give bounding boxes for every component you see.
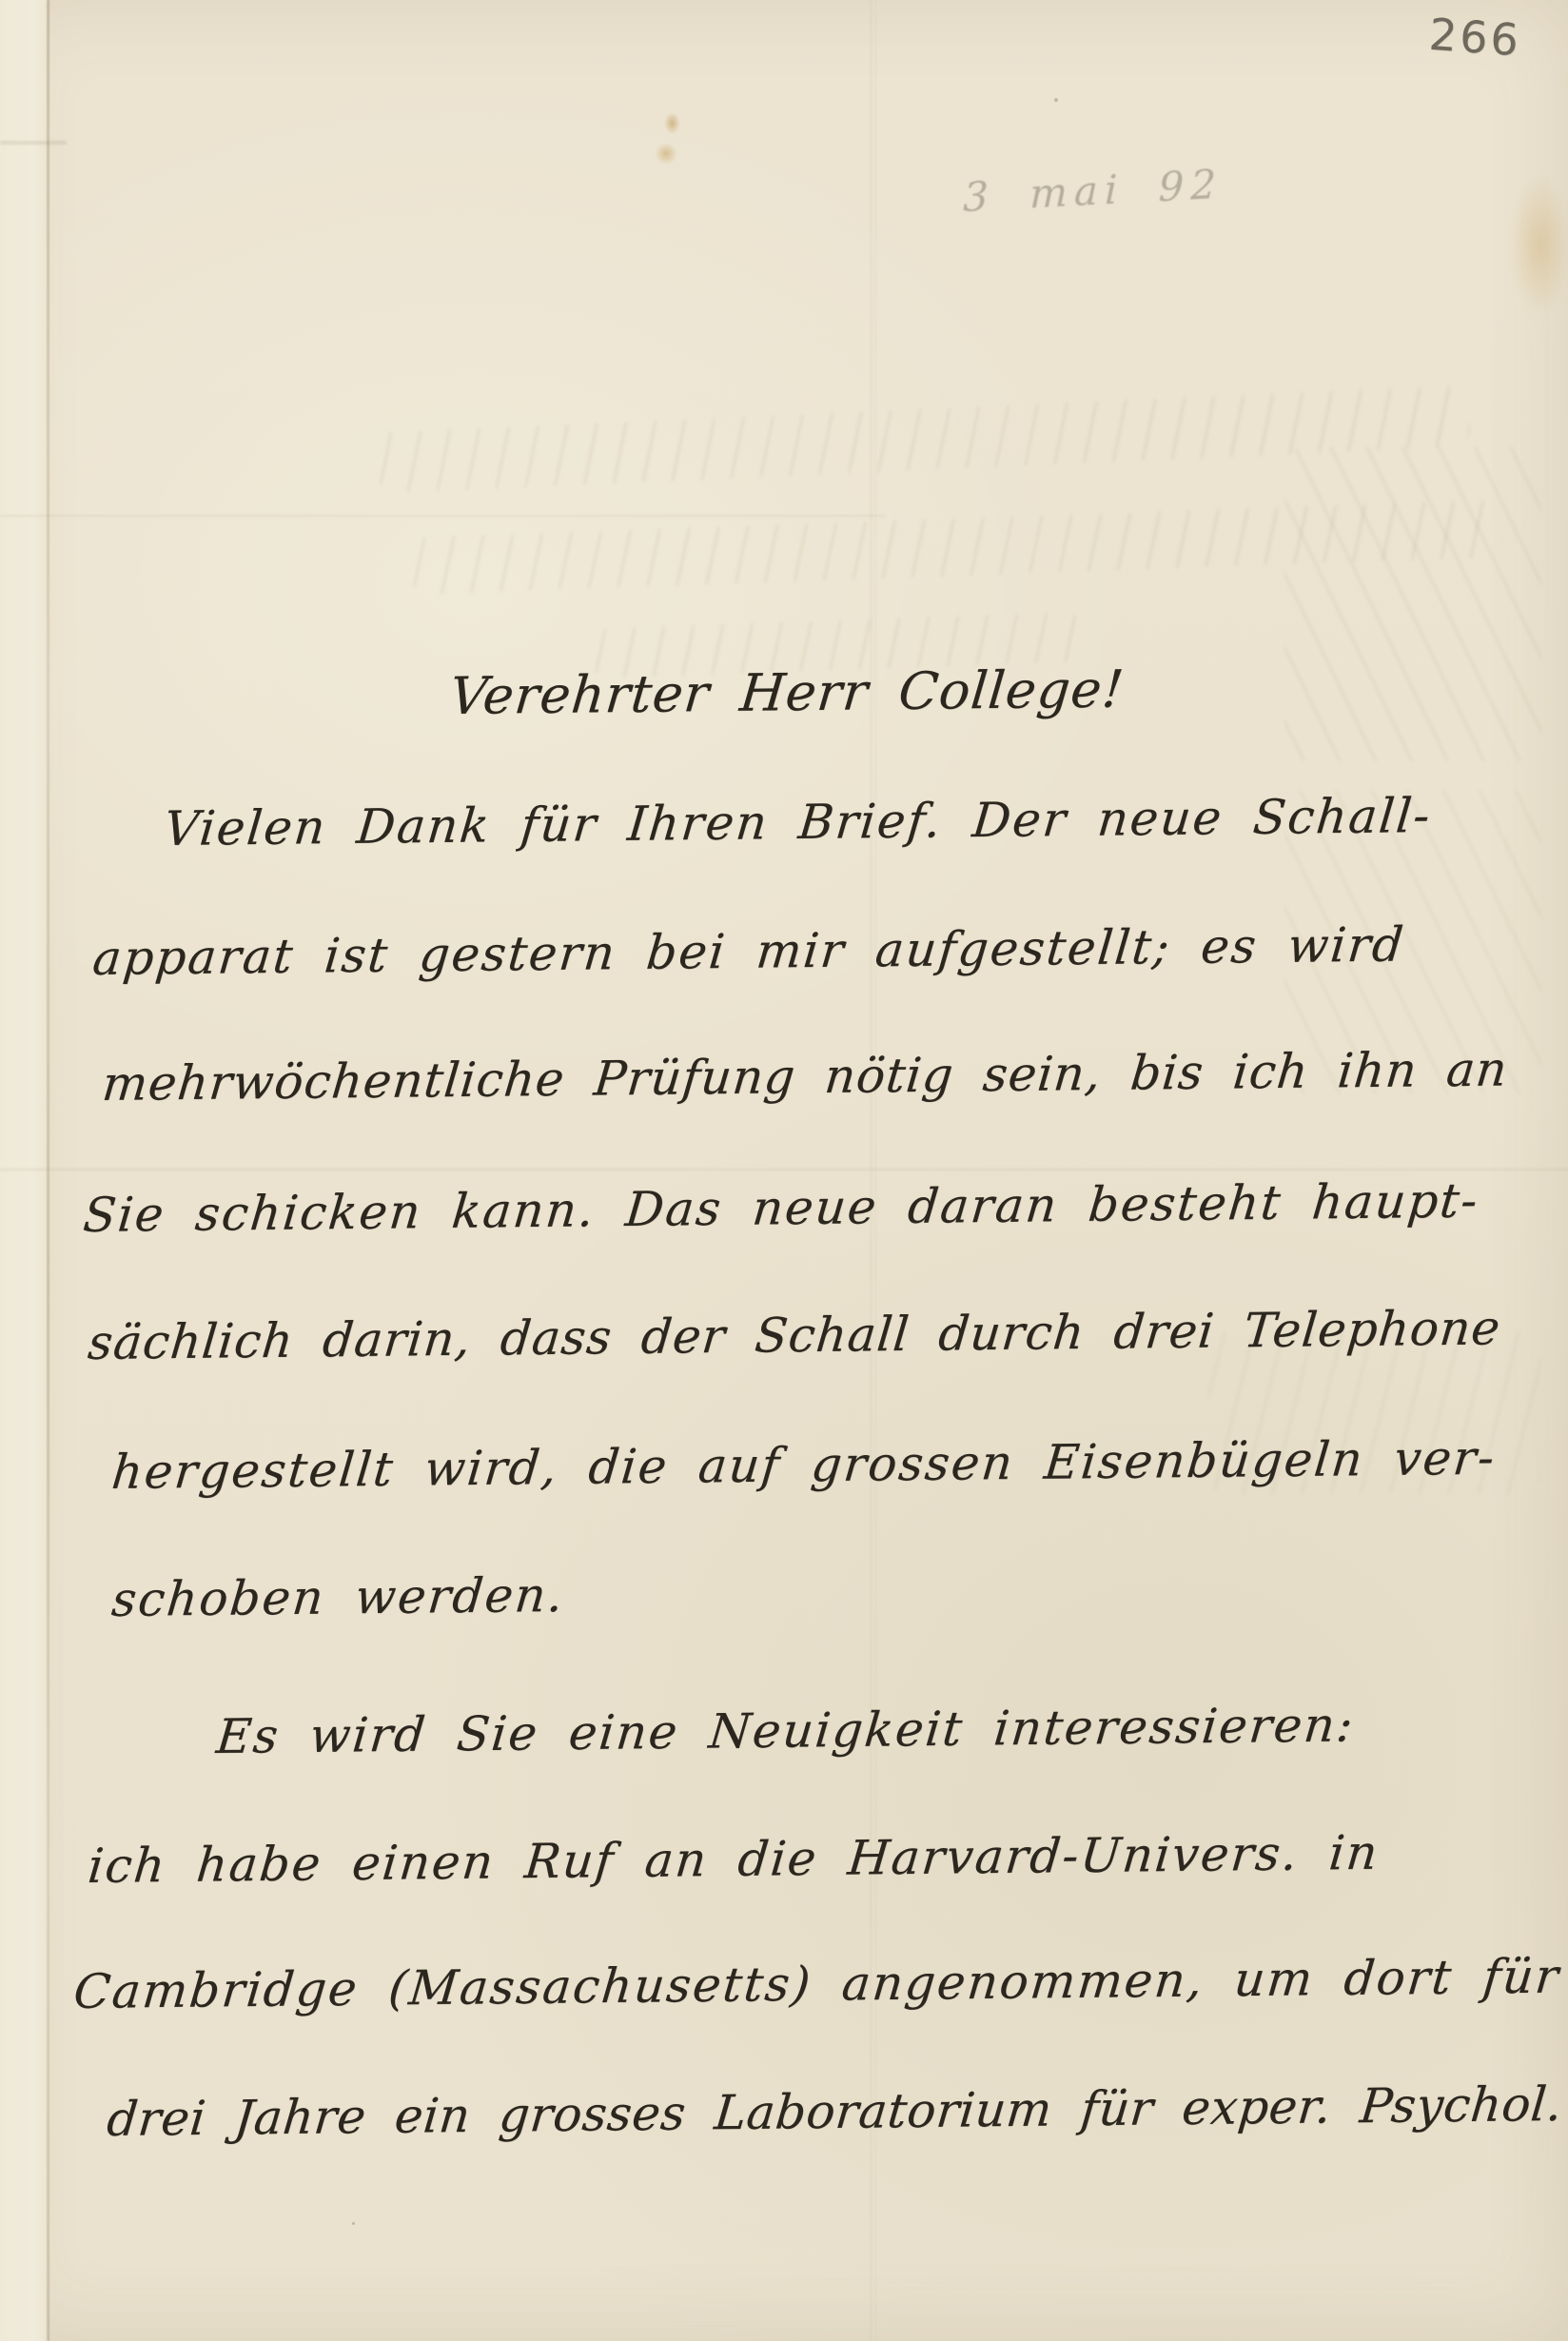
letter-line: schoben werden. — [109, 1567, 567, 1627]
letter-page: 266 3 mai 92 Verehrter Herr College! Vie… — [0, 0, 1568, 2341]
archival-page-number: 266 — [1427, 9, 1522, 67]
letter-salutation: Verehrter Herr College! — [447, 659, 1127, 726]
letter-line: drei Jahre ein grosses Laboratorium für … — [105, 2076, 1565, 2147]
horizontal-fold-edge — [0, 141, 67, 145]
letter-line: Es wird Sie eine Neuigkeit interessieren… — [214, 1697, 1357, 1764]
letter-line: apparat ist gestern bei mir aufgestellt;… — [90, 917, 1407, 986]
horizontal-fold-upper — [0, 515, 885, 519]
paper-stain — [664, 112, 680, 134]
horizontal-fold-lower — [0, 1169, 1568, 1172]
letter-line: Vielen Dank für Ihren Brief. Der neue Sc… — [162, 788, 1434, 856]
letter-line: Cambridge (Massachusetts) angenommen, um… — [71, 1949, 1562, 2019]
pencil-date-annotation: 3 mai 92 — [963, 161, 1224, 221]
paper-speck — [352, 2222, 355, 2225]
paper-stain — [655, 143, 677, 165]
letter-line: mehrwöchentliche Prüfung nötig sein, bis… — [100, 1041, 1510, 1111]
corner-stain — [1511, 176, 1568, 314]
paper-speck — [1054, 98, 1058, 102]
bleed-through-ghost — [1284, 447, 1541, 761]
letter-line: ich habe einen Ruf an die Harvard-Univer… — [86, 1825, 1382, 1894]
letter-line: Sie schicken kann. Das neue daran besteh… — [81, 1173, 1481, 1243]
